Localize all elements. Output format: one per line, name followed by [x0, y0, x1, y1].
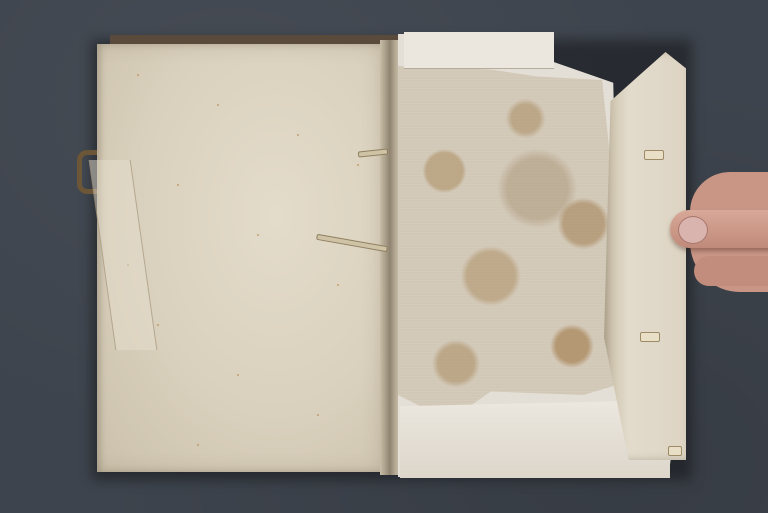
top-white-strip [404, 32, 554, 69]
photo-scene [0, 0, 768, 513]
right-mottled-flyleaf [398, 66, 630, 416]
flap-tab [668, 446, 682, 456]
flap-tab [640, 332, 660, 342]
hand-holding-page [676, 172, 768, 304]
thumbnail [678, 216, 708, 244]
flap-tab [644, 150, 664, 160]
finger [694, 256, 768, 286]
